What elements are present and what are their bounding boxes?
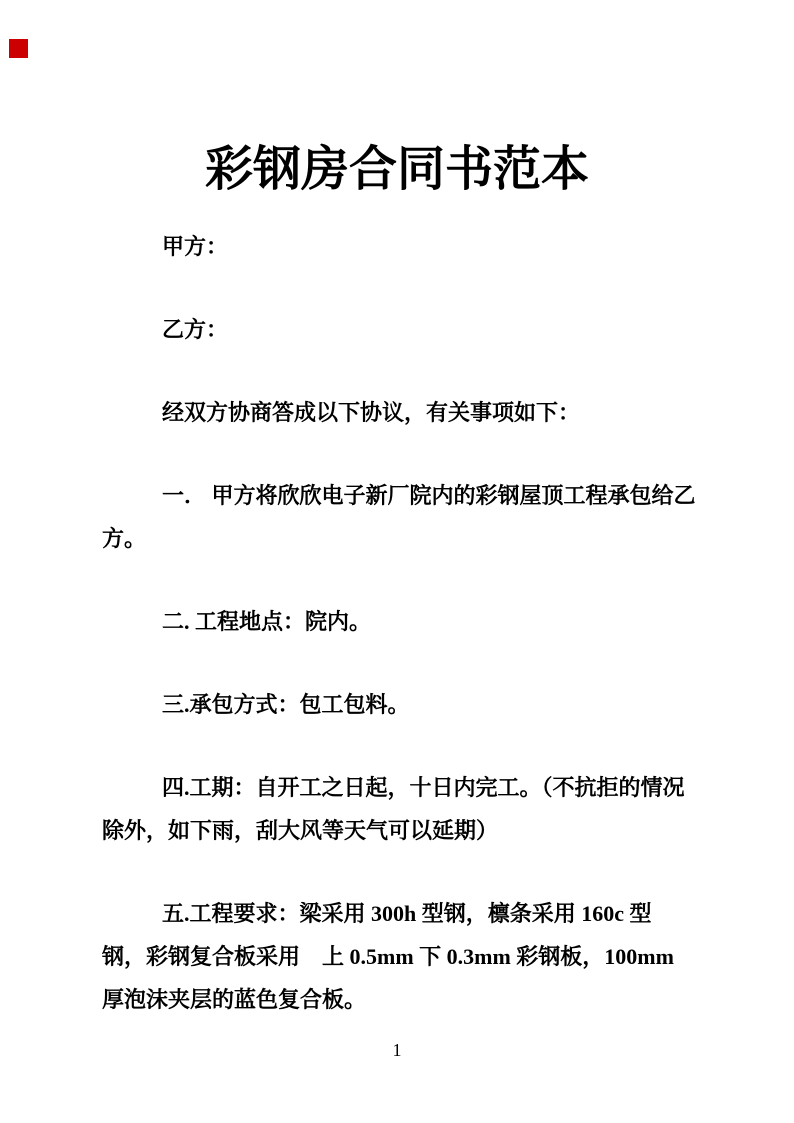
document-title: 彩钢房合同书范本 (0, 139, 794, 201)
text-line: 厚泡沫夹层的蓝色复合板。 (102, 978, 680, 1021)
text-line: 二. 工程地点：院内。 (102, 600, 680, 643)
document-body: 甲方：乙方：经双方协商答成以下协议，有关事项如下：一． 甲方将欣欣电子新厂院内的… (102, 225, 680, 1021)
text-line: 甲方： (102, 225, 680, 268)
red-marker-square (9, 39, 28, 58)
paragraph: 三.承包方式：包工包料。 (102, 683, 680, 726)
paragraph: 甲方： (102, 225, 680, 268)
page-number: 1 (0, 1040, 794, 1060)
document-page: 彩钢房合同书范本 甲方：乙方：经双方协商答成以下协议，有关事项如下：一． 甲方将… (0, 0, 794, 1123)
text-line: 三.承包方式：包工包料。 (102, 683, 680, 726)
paragraph: 五.工程要求：梁采用 300h 型钢，檩条采用 160c 型钢，彩钢复合板采用 … (102, 892, 680, 1021)
text-line: 一． 甲方将欣欣电子新厂院内的彩钢屋顶工程承包给乙 (102, 474, 680, 517)
text-line: 方。 (102, 517, 680, 560)
paragraph: 乙方： (102, 308, 680, 351)
text-line: 乙方： (102, 308, 680, 351)
text-line: 经双方协商答成以下协议，有关事项如下： (102, 391, 680, 434)
text-line: 钢，彩钢复合板采用 上 0.5mm 下 0.3mm 彩钢板，100mm (102, 935, 680, 978)
paragraph: 四.工期：自开工之日起，十日内完工。（不抗拒的情况除外，如下雨，刮大风等天气可以… (102, 766, 680, 852)
paragraph: 一． 甲方将欣欣电子新厂院内的彩钢屋顶工程承包给乙方。 (102, 474, 680, 560)
text-line: 五.工程要求：梁采用 300h 型钢，檩条采用 160c 型 (102, 892, 680, 935)
paragraph: 经双方协商答成以下协议，有关事项如下： (102, 391, 680, 434)
text-line: 除外，如下雨，刮大风等天气可以延期） (102, 809, 680, 852)
paragraph: 二. 工程地点：院内。 (102, 600, 680, 643)
text-line: 四.工期：自开工之日起，十日内完工。（不抗拒的情况 (102, 766, 680, 809)
